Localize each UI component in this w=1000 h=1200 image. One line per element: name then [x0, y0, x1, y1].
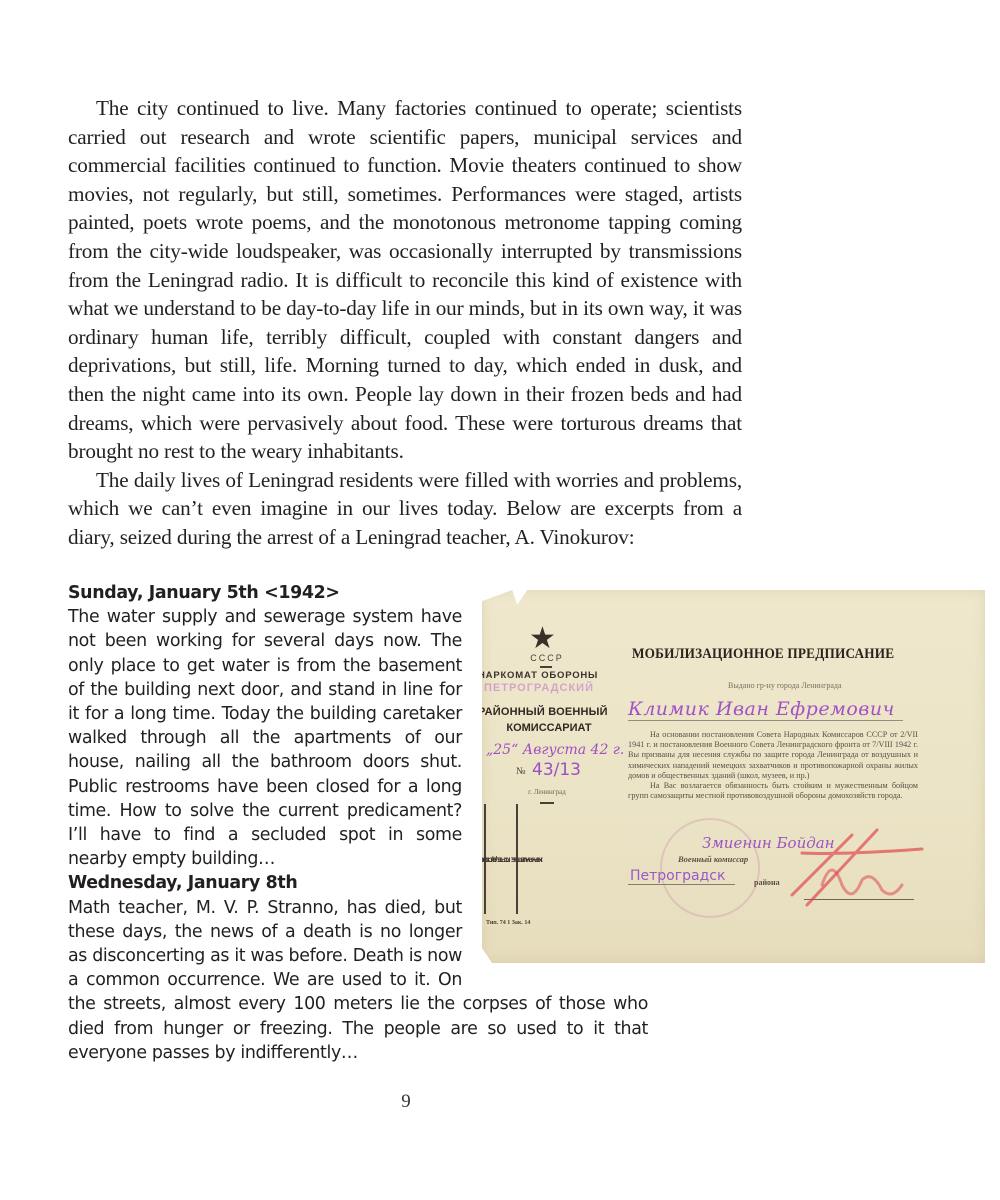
doc-commissar-label: Военный комиссар [678, 854, 748, 864]
red-signature-icon [782, 825, 932, 915]
diary-entry-text: The water supply and sewerage system hav… [68, 605, 462, 871]
doc-narkomat: НАРКОМАТ ОБОРОНЫ [482, 670, 598, 681]
star-icon: ★ [529, 624, 556, 654]
doc-number-label: № [516, 766, 526, 777]
doc-recipient-name: Климик Иван Ефремович [628, 698, 903, 721]
paragraph-city-life: The city continued to live. Many factori… [68, 94, 742, 466]
doc-komissariat: КОМИССАРИАТ [482, 722, 616, 734]
mobilization-order-image: ★ СССР НАРКОМАТ ОБОРОНЫ ПЕТРОГРАДСКИЙ РА… [482, 590, 985, 963]
doc-raion: РАЙОННЫЙ ВОЕННЫЙ [482, 706, 608, 718]
divider [540, 666, 552, 668]
doc-left-column: ★ СССР НАРКОМАТ ОБОРОНЫ ПЕТРОГРАДСКИЙ РА… [482, 590, 612, 963]
doc-raiona-label: района [754, 878, 780, 887]
doc-body-paragraph: На Вас возлагается обязанность быть стой… [628, 781, 918, 801]
doc-title: МОБИЛИЗАЦИОННОЕ ПРЕДПИСАНИЕ [632, 646, 894, 663]
doc-city: г. Ленинград [482, 788, 612, 796]
main-text: The city continued to live. Many factori… [68, 94, 742, 552]
doc-print-mark: Тип. 74 1 Зак. 14 [486, 920, 530, 926]
divider [540, 802, 554, 804]
vertical-stamp-line: НАРАВНЕ С ПАСПОРТОМ [482, 855, 542, 864]
doc-vertical-stamp: ХРАНИТЬ ПРЕДПИСАНИЕНАРАВНЕ С ПАСПОРТОМ [484, 804, 518, 914]
doc-issued-to: Выдано гр-ну города Ленинграда [728, 681, 842, 690]
doc-district: Петроградск [628, 868, 735, 885]
doc-number: 43/13 [532, 760, 581, 780]
doc-ussr: СССР [482, 653, 612, 663]
doc-date: „25“ Августа 42 г. [486, 742, 624, 758]
paragraph-daily-lives: The daily lives of Leningrad residents w… [68, 466, 742, 552]
doc-body-paragraph: На основании постановления Совета Народн… [628, 730, 918, 781]
doc-body: На основании постановления Совета Народн… [628, 730, 918, 801]
doc-district-stamp: ПЕТРОГРАДСКИЙ [484, 682, 594, 694]
page-number: 9 [0, 1091, 812, 1113]
